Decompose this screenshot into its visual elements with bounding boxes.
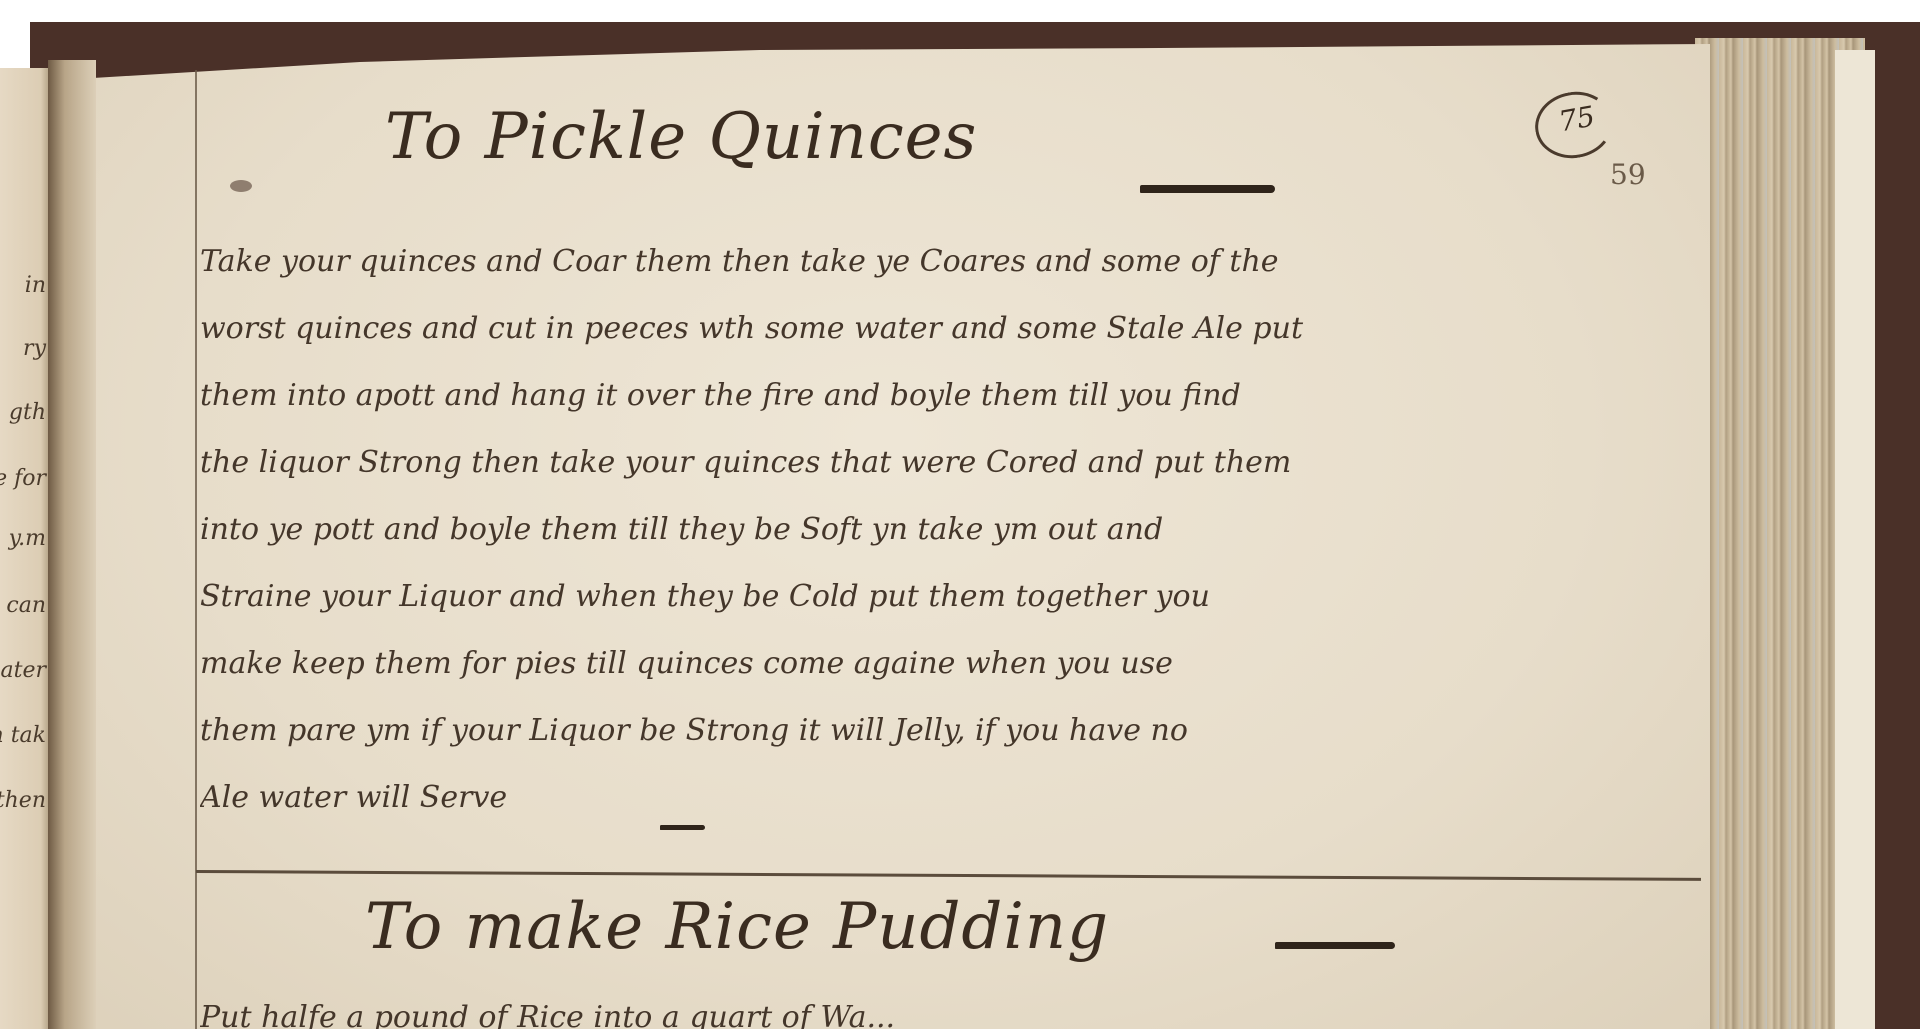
recipe-line: them pare ym if your Liquor be Strong it… bbox=[200, 697, 1700, 764]
left-page-fragment: can bbox=[6, 593, 46, 618]
gutter-shadow bbox=[48, 60, 96, 1029]
folio-number: 75 bbox=[1556, 100, 1597, 139]
endpaper-edge bbox=[1835, 50, 1875, 1029]
page-stack-edges bbox=[1695, 38, 1865, 1029]
title-flourish bbox=[1140, 185, 1275, 193]
left-page-fragment: gth bbox=[9, 400, 46, 425]
recipe-body-pickle-quinces: Take your quinces and Coar them then tak… bbox=[200, 228, 1700, 831]
title-flourish bbox=[1275, 942, 1395, 949]
left-page-edge: in ry gth e for y.m can ater n tak then bbox=[0, 68, 48, 1029]
left-page-fragment: in bbox=[25, 273, 46, 298]
end-flourish bbox=[660, 825, 705, 830]
recipe-line: into ye pott and boyle them till they be… bbox=[200, 496, 1700, 563]
recipe-title-rice-pudding: To make Rice Pudding bbox=[365, 890, 1109, 964]
recipe-line: Take your quinces and Coar them then tak… bbox=[200, 228, 1700, 295]
left-page-fragment: e for bbox=[0, 466, 46, 491]
recipe-line: make keep them for pies till quinces com… bbox=[200, 630, 1700, 697]
ink-blot bbox=[230, 180, 252, 192]
recipe-line: the liquor Strong then take your quinces… bbox=[200, 429, 1700, 496]
left-page-fragment: y.m bbox=[9, 526, 46, 551]
left-page-fragment: then bbox=[0, 788, 46, 813]
recipe-line-partial: Put halfe a pound of Rice into a quart o… bbox=[200, 1000, 895, 1029]
left-page-fragment: ry bbox=[23, 336, 46, 361]
left-page-fragment: ater bbox=[1, 658, 47, 683]
recipe-line: Straine your Liquor and when they be Col… bbox=[200, 563, 1700, 630]
page-number: 59 bbox=[1610, 158, 1646, 191]
left-page-fragment: n tak bbox=[0, 723, 46, 748]
recipe-title-pickle-quinces: To Pickle Quinces bbox=[385, 100, 977, 174]
recipe-line: worst quinces and cut in peeces wth some… bbox=[200, 295, 1700, 362]
margin-rule bbox=[195, 70, 197, 1029]
recipe-line: Ale water will Serve bbox=[200, 764, 1700, 831]
recipe-line: them into apott and hang it over the fir… bbox=[200, 362, 1700, 429]
